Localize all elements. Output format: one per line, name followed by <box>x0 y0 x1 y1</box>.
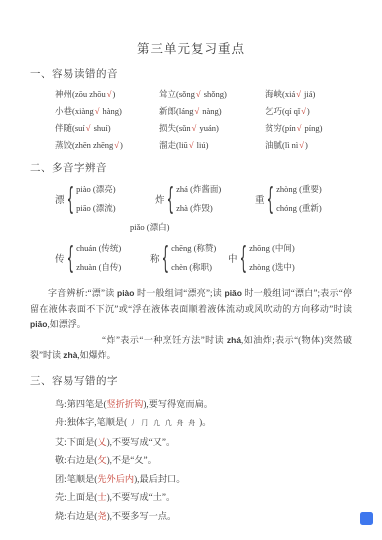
check-mark: √ <box>300 106 307 116</box>
polyphone-item: chóng (重新) <box>276 199 322 218</box>
brace-icon: { <box>162 241 170 276</box>
brace-icon: { <box>240 241 248 276</box>
check-mark: √ <box>298 140 305 150</box>
word-entry: 损失(sǔn√ yuán) <box>159 122 265 134</box>
polyphone-char: 炸 <box>155 192 165 206</box>
highlight-answer: 竖折折钩 <box>107 399 144 409</box>
check-mark: √ <box>113 140 120 150</box>
highlight-answer: 先外后内 <box>97 474 134 484</box>
word-entry: 油腻(lì nì√) <box>265 139 382 151</box>
polyphone-item: piāo (漂流) <box>76 199 115 218</box>
polyphone-area: 漂 { piào (漂亮) piāo (漂流) 炸 { zhá (炸酱面) zh… <box>55 180 382 277</box>
check-mark: √ <box>295 89 302 99</box>
miswritten-item: 艾:下面是(乂),不要写成“又”。 <box>55 433 382 452</box>
entry-text: píng) <box>302 123 322 133</box>
entry-text: 耸立(sǒng <box>159 89 195 99</box>
word-entry: 海峡(xiá√ jiá) <box>265 88 382 100</box>
highlight-answer: 攵 <box>97 455 106 465</box>
miswritten-item: 壳:上面是(士),不要写成“土”。 <box>55 488 382 507</box>
pinyin-bold: zhá <box>227 335 241 345</box>
stroke-order-sequence: 丿 ⺆ 凢 凣 舟 舟 <box>130 419 197 427</box>
pinyin-bold: piào <box>117 288 134 298</box>
polyphone-char: 中 <box>228 251 238 265</box>
miswritten-item: 敬:右边是(攵),不是“夂”。 <box>55 451 382 470</box>
brace-icon: { <box>167 182 175 217</box>
polyphone-group: 称 { chēng (称赞) chèn (称职) <box>150 239 228 277</box>
polyphone-group: 传 { chuán (传统) zhuàn (自传) <box>55 239 150 277</box>
word-entry: 小巷(xiàng√ hàng) <box>55 105 159 117</box>
entry-text: 海峡(xiá <box>265 89 295 99</box>
miswritten-item: 团:笔顺是(先外后内),最后封口。 <box>55 470 382 489</box>
entry-text: nàng) <box>200 106 221 116</box>
entry-text: hàng) <box>100 106 121 116</box>
entry-text: ) <box>307 106 310 116</box>
word-entry: 耸立(sǒng√ shǒng) <box>159 88 265 100</box>
polyphone-group: 漂 { piào (漂亮) piāo (漂流) <box>55 180 155 218</box>
highlight-answer: 乂 <box>97 437 106 447</box>
word-entry: 新郎(láng√ nàng) <box>159 105 265 117</box>
miswritten-item: 舟:独体字,笔顺是( 丿 ⺆ 凢 凣 舟 舟 )。 <box>55 413 382 433</box>
analysis-paragraph-1: 字音辨析:“漂”读 piào 时一般组词“漂亮”;读 piǎo 时一般组词“漂白… <box>30 286 352 333</box>
polyphone-item: piǎo (漂白) <box>130 219 382 235</box>
check-mark: √ <box>195 89 202 99</box>
word-entry: 贫穷(pín√ píng) <box>265 122 382 134</box>
highlight-answer: 尧 <box>97 511 106 521</box>
polyphone-item: zhòng (选中) <box>249 258 295 277</box>
watermark-badge <box>360 512 373 525</box>
analysis-paragraph-2: “炸”表示“一种烹饪方法”时读 zhá,如油炸;表示“(物体)突然破裂”时读 z… <box>30 333 352 364</box>
brace-icon: { <box>267 182 275 217</box>
entry-text: shuí) <box>91 123 110 133</box>
entry-text: 蒸饺(zhēn zhēng <box>55 140 113 150</box>
page-title: 第三单元复习重点 <box>0 0 382 57</box>
polyphone-group: 中 { zhōng (中间) zhòng (选中) <box>228 239 295 277</box>
section-2-heading: 二、多音字辨音 <box>30 160 382 175</box>
word-entry: 蒸饺(zhēn zhēng√) <box>55 139 159 151</box>
polyphone-item: zhà (炸毁) <box>176 199 221 218</box>
pinyin-bold: zhà <box>63 350 77 360</box>
entry-text: 神州(zōu zhōu <box>55 89 106 99</box>
entry-text: ) <box>120 140 123 150</box>
entry-text: yuán) <box>197 123 218 133</box>
word-entry: 溜走(liū√ liú) <box>159 139 265 151</box>
polyphone-row: 传 { chuán (传统) zhuàn (自传) 称 { chēng (称赞)… <box>55 239 382 277</box>
entry-text: ) <box>305 140 308 150</box>
highlight-answer: 士 <box>97 492 106 502</box>
brace-icon: { <box>67 182 75 217</box>
pinyin-bold: piǎo <box>225 288 242 298</box>
word-entry: 神州(zōu zhōu√) <box>55 88 159 100</box>
entry-text: jiá) <box>302 89 315 99</box>
section-1-heading: 一、容易读错的音 <box>30 66 382 81</box>
entry-text: 小巷(xiàng <box>55 106 94 116</box>
entry-text: 新郎(láng <box>159 106 193 116</box>
polyphone-group: 炸 { zhá (炸酱面) zhà (炸毁) <box>155 180 255 218</box>
polyphone-item: zhuàn (自传) <box>76 258 121 277</box>
entry-text: 乞巧(qí qǐ <box>265 106 300 116</box>
word-entry: 伴随(suí√ shuí) <box>55 122 159 134</box>
pinyin-bold: piāo <box>30 319 47 329</box>
document-page: 第三单元复习重点 一、容易读错的音 神州(zōu zhōu√) 耸立(sǒng√… <box>0 0 382 540</box>
miswritten-list: 鸟:第四笔是(竖折折钩),要写得宽而扁。 舟:独体字,笔顺是( 丿 ⺆ 凢 凣 … <box>55 395 382 526</box>
entry-text: 损失(sǔn <box>159 123 191 133</box>
polyphone-char: 称 <box>150 251 160 265</box>
misread-words-grid: 神州(zōu zhōu√) 耸立(sǒng√ shǒng) 海峡(xiá√ ji… <box>55 88 382 151</box>
polyphone-item: zhōng (中间) <box>249 239 295 258</box>
polyphone-char: 漂 <box>55 192 65 206</box>
polyphone-group: 重 { zhòng (重要) chóng (重新) <box>255 180 322 218</box>
entry-text: shǒng) <box>202 89 227 99</box>
entry-text: 贫穷(pín <box>265 123 296 133</box>
polyphone-item: zhá (炸酱面) <box>176 180 221 199</box>
polyphone-row: 漂 { piào (漂亮) piāo (漂流) 炸 { zhá (炸酱面) zh… <box>55 180 382 218</box>
polyphone-char: 传 <box>55 251 65 265</box>
section-3-heading: 三、容易写错的字 <box>30 373 382 388</box>
entry-text: 伴随(suí <box>55 123 85 133</box>
entry-text: liú) <box>194 140 208 150</box>
polyphone-item: chēng (称赞) <box>171 239 216 258</box>
polyphone-item: chèn (称职) <box>171 258 216 277</box>
polyphone-item: piào (漂亮) <box>76 180 115 199</box>
polyphone-item: zhòng (重要) <box>276 180 322 199</box>
miswritten-item: 烧:右边是(尧),不要多写一点。 <box>55 507 382 526</box>
polyphone-item: chuán (传统) <box>76 239 121 258</box>
entry-text: 溜走(liū <box>159 140 188 150</box>
polyphone-char: 重 <box>255 192 265 206</box>
entry-text: ) <box>112 89 115 99</box>
entry-text: 油腻(lì nì <box>265 140 298 150</box>
miswritten-item: 鸟:第四笔是(竖折折钩),要写得宽而扁。 <box>55 395 382 414</box>
word-entry: 乞巧(qí qǐ√) <box>265 105 382 117</box>
brace-icon: { <box>67 241 75 276</box>
